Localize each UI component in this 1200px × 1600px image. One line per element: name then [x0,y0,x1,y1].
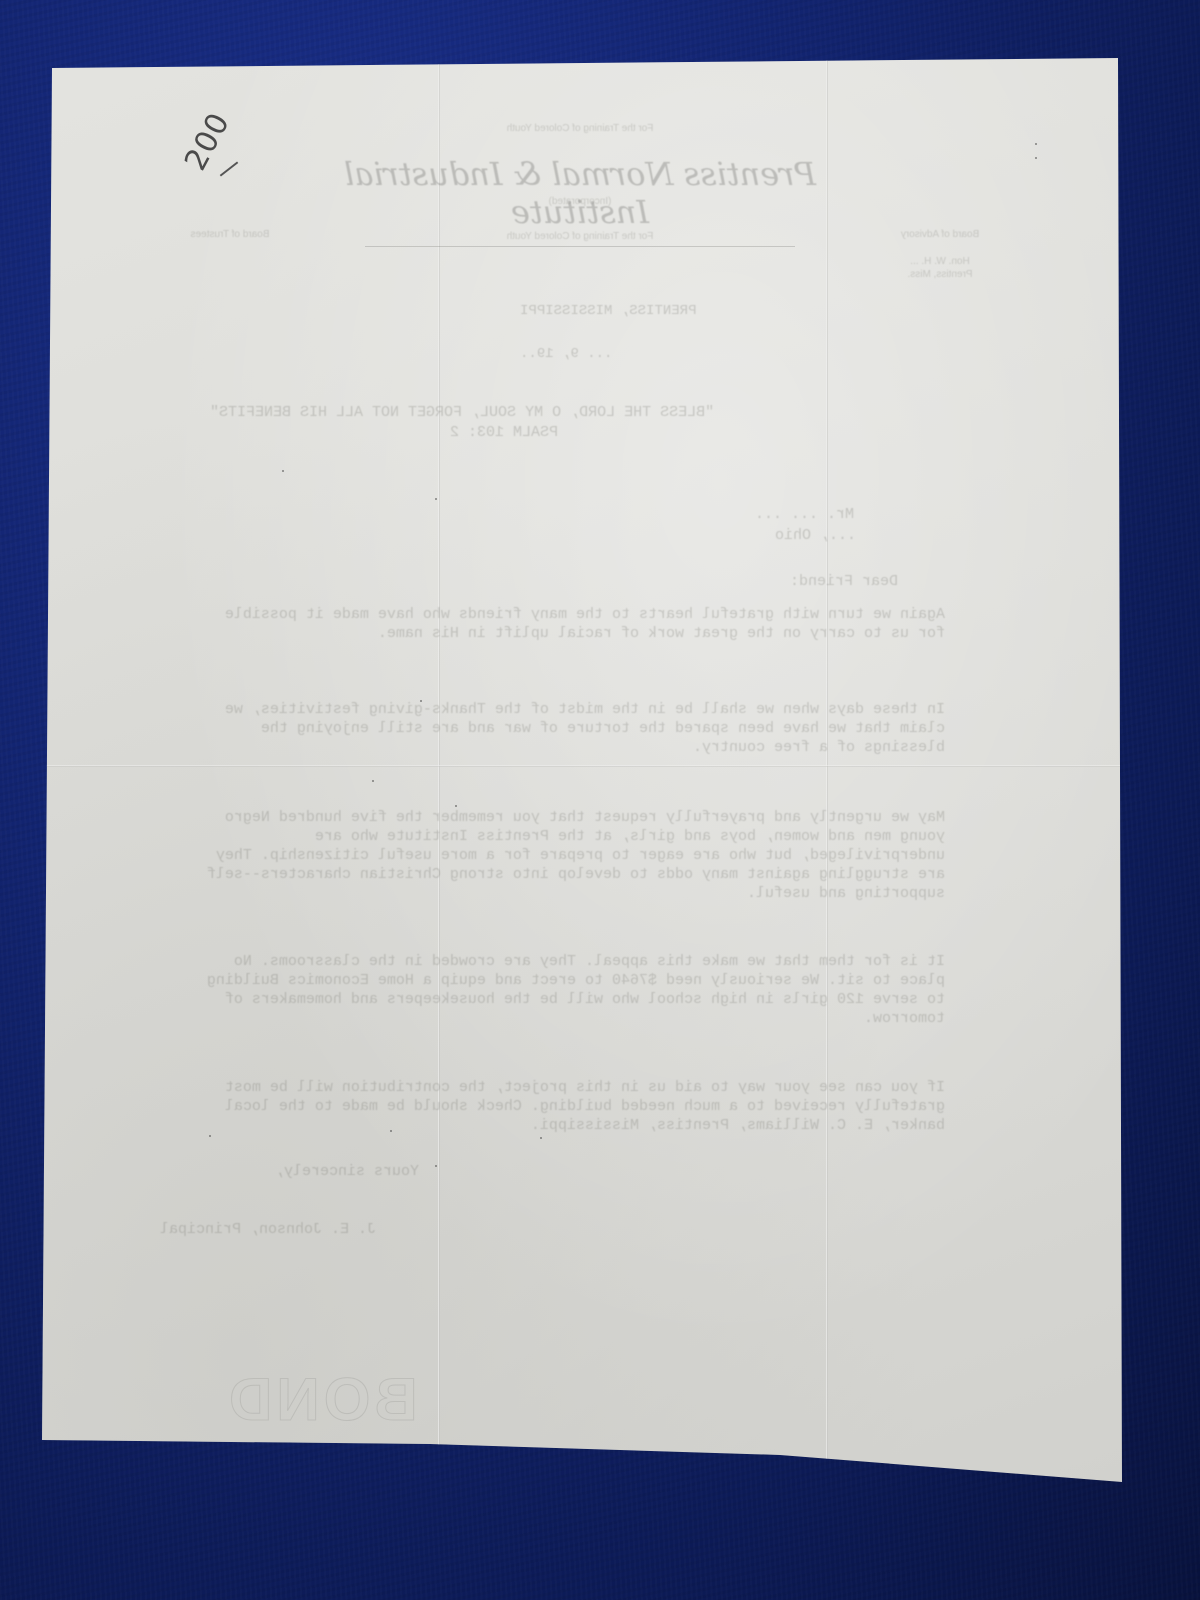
ink-speck [390,1130,392,1132]
letterhead-rule [365,246,795,247]
closing: Yours sincerely, [275,1162,419,1181]
horizontal-fold [45,765,1125,767]
recipient-name: Mr. ... ... [755,505,854,524]
signature: J. E. Johnson, Principal [160,1220,376,1239]
letterhead-right-place: Prentiss, Miss. [870,268,1010,281]
letterhead-right-column: Board of Advisory [855,228,1025,241]
ink-speck [1035,157,1037,159]
epigraph-line-2: PSALM 103: 2 [450,423,558,442]
letterhead-left-column: Board of Trustees [175,228,285,241]
ink-speck [435,1165,437,1167]
paragraph-5: If you can see your way to aid us in thi… [195,1078,945,1135]
paragraph-2: In these days when we shall be in the mi… [195,700,945,757]
bond-watermark: BOND [225,1365,418,1434]
ink-speck [455,805,457,807]
ink-speck [209,1135,211,1137]
letterhead-location: PRENTISS, MISSISSIPPI [520,302,696,321]
ink-speck [282,470,284,472]
letter-sheet: 200 For the Training of Colored Youth Pr… [0,0,1200,1600]
ink-speck [372,780,374,782]
recipient-address: ..., Ohio [775,526,856,545]
paragraph-1: Again we turn with grateful hearts to th… [195,605,945,643]
pencil-underline [220,161,239,176]
ink-speck [1035,143,1037,145]
letterhead-tagline: For the Training of Colored Youth [400,230,760,243]
salutation: Dear Friend: [790,572,898,591]
epigraph-line-1: "BLESS THE LORD, O MY SOUL, FORGET NOT A… [210,403,714,422]
letterhead-subtitle: (Incorporated) [480,195,680,208]
letterhead-right-name: Hon. W. H. ... [870,255,1010,268]
ink-speck [540,1137,542,1139]
pencil-notation: 200 [178,107,237,177]
date-line: ... 9, 19.. [520,345,612,364]
ink-speck [420,700,422,702]
paragraph-3: May we urgently and prayerfully request … [195,808,945,903]
paragraph-4: It is for them that we make this appeal.… [195,952,945,1028]
letterhead-title: Prentiss Normal & Industrial Institute [300,155,860,231]
letterhead-tagline-top: For the Training of Colored Youth [450,122,710,135]
ink-speck [435,498,437,500]
